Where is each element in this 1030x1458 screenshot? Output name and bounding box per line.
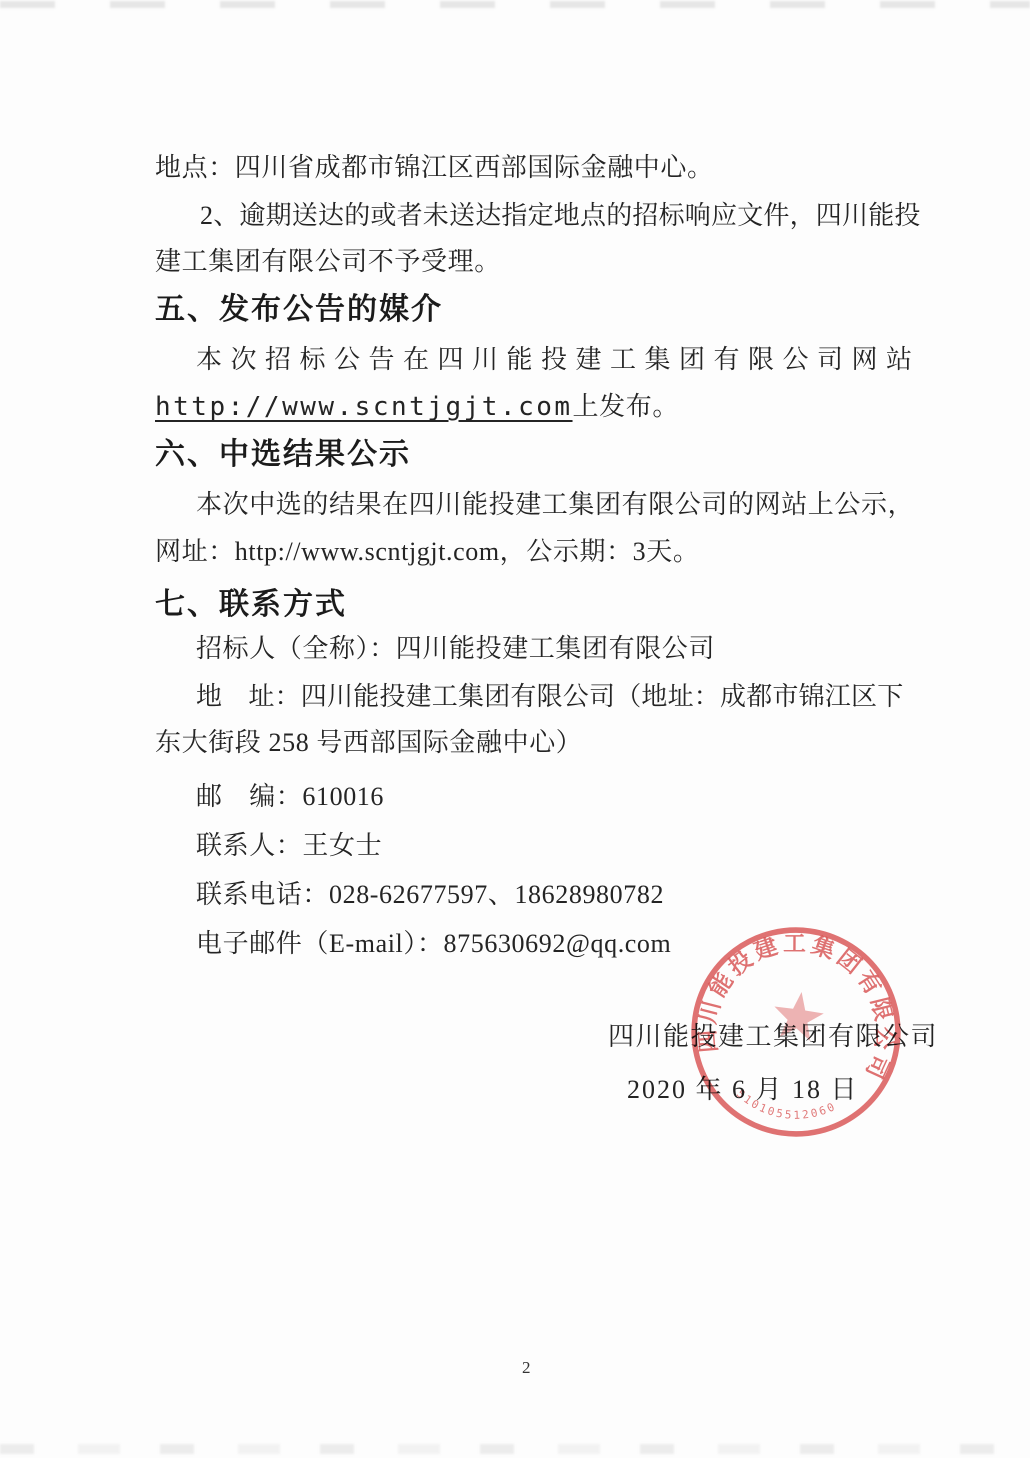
- scan-artifact-top: [0, 1, 1030, 8]
- bidder-line: 招标人（全称）：四川能投建工集团有限公司: [196, 633, 715, 666]
- announcement-url-line: http://www.scntjgjt.com上发布。: [155, 391, 679, 424]
- postcode-line: 邮 编：610016: [196, 781, 384, 814]
- overdue-clause-line1: 2、逾期送达的或者未送达指定地点的招标响应文件，四川能投: [200, 200, 921, 233]
- announcement-body-line: 本次招标公告在四川能投建工集团有限公司网站: [196, 344, 921, 377]
- scan-artifact-bottom: [0, 1444, 1030, 1454]
- page-number: 2: [522, 1358, 531, 1378]
- contact-person-line: 联系人：王女士: [196, 830, 382, 863]
- result-body-line2: 网址：http://www.scntjgjt.com，公示期：3天。: [155, 536, 699, 569]
- svg-text:四川能投建工集团有限公司: 四川能投建工集团有限公司: [689, 916, 912, 1087]
- section-heading-media: 五、发布公告的媒介: [155, 291, 443, 329]
- section-heading-result: 六、中选结果公示: [155, 436, 411, 474]
- address-line1: 地 址：四川能投建工集团有限公司（地址：成都市锦江区下: [196, 681, 903, 714]
- signature-company: 四川能投建工集团有限公司: [608, 1021, 938, 1054]
- address-line2: 东大街段 258 号西部国际金融中心）: [155, 727, 582, 760]
- scanned-document-page: 地点：四川省成都市锦江区西部国际金融中心。 2、逾期送达的或者未送达指定地点的招…: [0, 0, 1030, 1458]
- result-body-line1: 本次中选的结果在四川能投建工集团有限公司的网站上公示，: [196, 489, 914, 522]
- email-line: 电子邮件（E-mail）：875630692@qq.com: [196, 928, 671, 961]
- location-line: 地点：四川省成都市锦江区西部国际金融中心。: [155, 152, 714, 185]
- announcement-url-link: http://www.scntjgjt.com: [155, 392, 573, 422]
- seal-company-arc-text: 四川能投建工集团有限公司: [689, 916, 912, 1087]
- overdue-clause-line2: 建工集团有限公司不予受理。: [155, 246, 501, 279]
- phone-line: 联系电话：028-62677597、18628980782: [196, 879, 664, 912]
- announcement-url-suffix: 上发布。: [573, 392, 679, 421]
- section-heading-contact: 七、联系方式: [155, 586, 347, 624]
- signature-date: 2020 年 6 月 18 日: [627, 1074, 859, 1107]
